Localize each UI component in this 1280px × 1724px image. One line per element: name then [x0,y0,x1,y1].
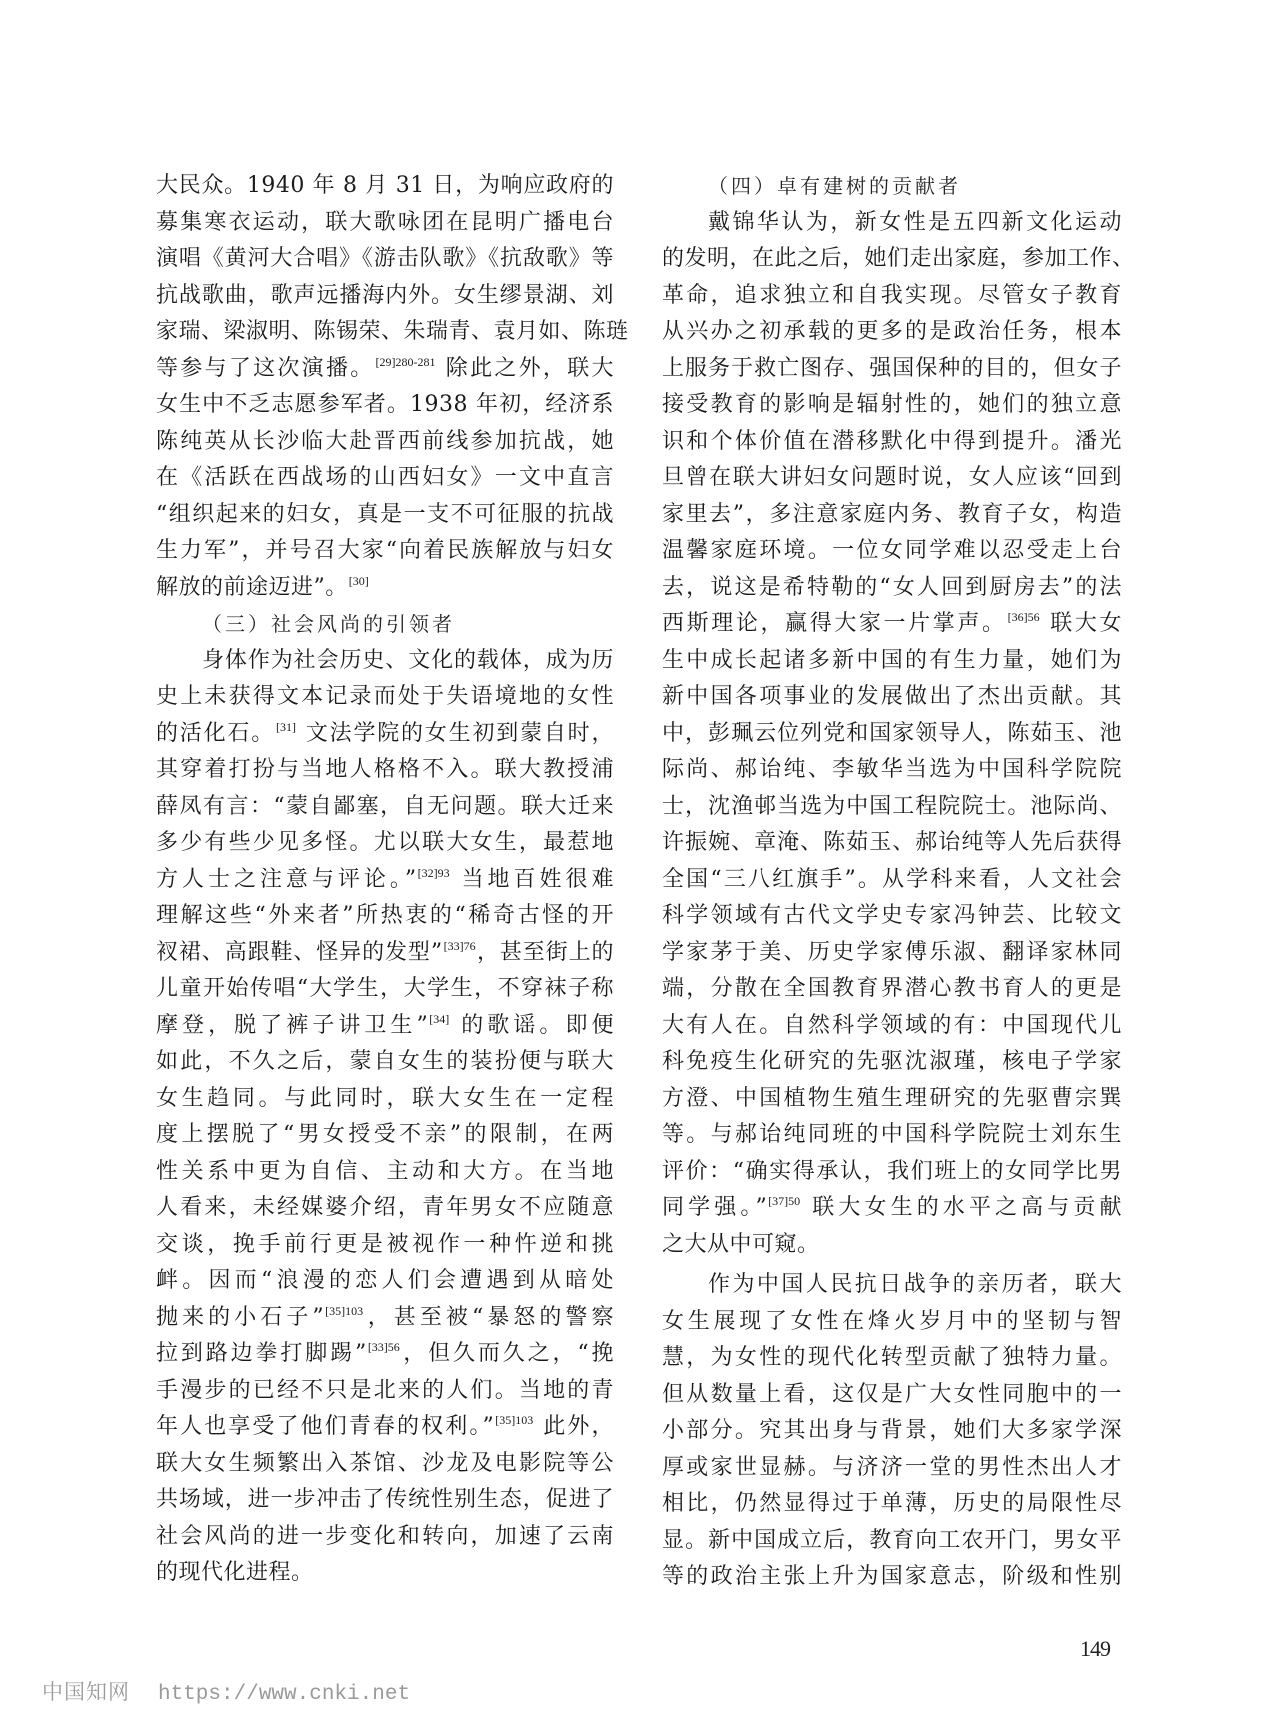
body-line: 女生中不乏志愿参军者。1938 年初，经济系 [156,387,614,424]
body-line: 许振婉、章淹、陈茹玉、郝诒纯等人先后获得 [662,825,1122,862]
watermark-brand: 中国知网 [42,1680,130,1704]
body-line: 中，彭珮云位列党和国家领导人，陈茹玉、池 [662,716,1122,753]
body-line-with-citation: 的活化石。[31] 文法学院的女生初到蒙自时， [156,716,614,753]
text-segment: 文法学院的女生初到蒙自时， [297,721,614,746]
body-line: 从兴办之初承载的更多的是政治任务，根本 [662,314,1122,351]
citation-ref: [33]76 [444,939,476,953]
body-line: 多少有些少见多怪。尤以联大女生，最惹地 [156,825,614,862]
body-line: 慧，为女性的现代化转型贡献了独特力量。 [662,1340,1122,1377]
body-line: 联大女生频繁出入茶馆、沙龙及电影院等公 [156,1446,614,1483]
body-line: 性关系中更为自信、主动和大方。在当地 [156,1154,614,1191]
body-line: 之大从中可窥。 [662,1227,1122,1264]
body-line: 理解这些“外来者”所热衷的“稀奇古怪的开 [156,898,614,935]
body-line-with-citation: 抛来的小石子”[35]103，甚至被“暴怒的警察 [156,1300,614,1337]
text-segment: 拉到路边拳打脚踢” [156,1341,367,1366]
text-segment: 等参与了这次演播。 [156,356,375,381]
citation-ref: [29]280-281 [376,355,436,369]
body-line-with-citation: 方人士之注意与评论。”[32]93 当地百姓很难 [156,862,614,899]
body-line: 度上摆脱了“男女授受不亲”的限制，在两 [156,1117,614,1154]
section-heading: （四）卓有建树的贡献者 [662,168,1122,205]
citation-ref: [31] [276,720,296,734]
body-line: 募集寒衣运动，联大歌咏团在昆明广播电台 [156,205,614,242]
body-line: 生力军”，并号召大家“向着民族解放与妇女 [156,533,614,570]
citation-ref: [34] [429,1012,449,1026]
body-line: 家瑞、梁淑明、陈锡荣、朱瑞青、袁月如、陈琏 [156,314,614,351]
body-line: 但从数量上看，这仅是广大女性同胞中的一 [662,1377,1122,1414]
body-line: 衅。因而“浪漫的恋人们会遭遇到从暗处 [156,1263,614,1300]
section-heading: （三）社会风尚的引领者 [156,606,614,643]
body-line-with-citation: 拉到路边拳打脚踢”[33]56，但久而久之，“挽 [156,1336,614,1373]
watermark-url: https://www.cnki.net [158,1683,410,1706]
body-line: 儿童开始传唱“大学生，大学生，不穿袜子称 [156,971,614,1008]
right-column: （四）卓有建树的贡献者 戴锦华认为，新女性是五四新文化运动 的发明，在此之后，她… [662,168,1122,1596]
body-line-with-citation: 衩裙、高跟鞋、怪异的发型”[33]76，甚至街上的 [156,935,614,972]
text-segment: 解放的前途迈进”。 [156,575,348,600]
citation-ref: [36]56 [1008,610,1040,624]
body-line: 共场域，进一步冲击了传统性别生态，促进了 [156,1482,614,1519]
text-segment: 年人也享受了他们青春的权利。” [156,1414,494,1439]
body-line: 作为中国人民抗日战争的亲历者，联大 [662,1267,1122,1304]
body-line: 相比，仍然显得过于单薄，历史的局限性尽 [662,1486,1122,1523]
body-line: 交谈，挽手前行更是被视作一种忤逆和挑 [156,1227,614,1264]
body-line-with-citation: 西斯理论，赢得大家一片掌声。[36]56 联大女 [662,606,1122,643]
citation-ref: [33]56 [368,1340,400,1354]
text-segment: ，但久而久之，“挽 [401,1341,614,1366]
body-line: 演唱《黄河大合唱》《游击队歌》《抗敌歌》等 [156,241,614,278]
body-line: 去，说这是希特勒的“女人回到厨房去”的法 [662,570,1122,607]
cnki-watermark: 中国知网https://www.cnki.net [42,1676,410,1706]
body-line: 大民众。1940 年 8 月 31 日，为响应政府的 [156,168,614,205]
body-line: 史上未获得文本记录而处于失语境地的女性 [156,679,614,716]
body-line: 等。与郝诒纯同班的中国科学院院士刘东生 [662,1117,1122,1154]
body-line: 等的政治主张上升为国家意志，阶级和性别 [662,1559,1122,1596]
body-line: 科免疫生化研究的先驱沈淑瑾，核电子学家 [662,1044,1122,1081]
body-line: 接受教育的影响是辐射性的，她们的独立意 [662,387,1122,424]
body-line: 评价：“确实得承认，我们班上的女同学比男 [662,1154,1122,1191]
body-line: “组织起来的妇女，真是一支不可征服的抗战 [156,497,614,534]
body-line: 家里去”，多注意家庭内务、教育子女，构造 [662,497,1122,534]
left-column: 大民众。1940 年 8 月 31 日，为响应政府的 募集寒衣运动，联大歌咏团在… [156,168,614,1592]
text-segment: 的活化石。 [156,721,275,746]
body-line: 革命，追求独立和自我实现。尽管女子教育 [662,278,1122,315]
text-segment: 同学强。” [662,1195,767,1220]
body-line: 手漫步的已经不只是北来的人们。当地的青 [156,1373,614,1410]
body-line-with-citation: 年人也享受了他们青春的权利。”[35]103 此外， [156,1409,614,1446]
text-segment: 联大女 [1041,611,1122,636]
text-segment: 衩裙、高跟鞋、怪异的发型” [156,940,443,965]
body-line: 的发明，在此之后，她们走出家庭，参加工作、 [662,241,1122,278]
body-line: 温馨家庭环境。一位女同学难以忍受走上台 [662,533,1122,570]
body-line: 抗战歌曲，歌声远播海内外。女生缪景湖、刘 [156,278,614,315]
body-line: 女生展现了女性在烽火岁月中的坚韧与智 [662,1304,1122,1341]
body-line: 社会风尚的进一步变化和转向，加速了云南 [156,1519,614,1556]
text-segment: 摩登，脱了裤子讲卫生” [156,1013,428,1038]
citation-ref: [32]93 [418,866,450,880]
body-line: 厚或家世显赫。与济济一堂的男性杰出人才 [662,1450,1122,1487]
text-segment: ，甚至被“暴怒的警察 [364,1305,614,1330]
body-line: 大有人在。自然科学领域的有：中国现代儿 [662,1008,1122,1045]
text-segment: 此外， [534,1414,614,1439]
body-line: 身体作为社会历史、文化的载体，成为历 [156,643,614,680]
body-line: 薛凤有言：“蒙自鄙塞，自无问题。联大迁来 [156,789,614,826]
paper-page: 大民众。1940 年 8 月 31 日，为响应政府的 募集寒衣运动，联大歌咏团在… [0,0,1280,1724]
body-line: 端，分散在全国教育界潜心教书育人的更是 [662,971,1122,1008]
body-line: 学家茅于美、历史学家傅乐淑、翻译家林同 [662,935,1122,972]
text-segment: 当地百姓很难 [451,867,614,892]
text-segment: 方人士之注意与评论。” [156,867,417,892]
citation-ref: [35]103 [325,1304,363,1318]
text-segment: 除此之外，联大 [437,356,614,381]
text-segment: 抛来的小石子” [156,1305,324,1330]
body-line-with-citation: 解放的前途迈进”。[30] [156,570,614,607]
body-line: 小部分。究其出身与背景，她们大多家学深 [662,1413,1122,1450]
text-segment: 联大女生的水平之高与贡献 [801,1195,1122,1220]
body-line: 的现代化进程。 [156,1555,614,1592]
body-line: 人看来，未经媒婆介绍，青年男女不应随意 [156,1190,614,1227]
body-line: 如此，不久之后，蒙自女生的装扮便与联大 [156,1044,614,1081]
citation-ref: [35]103 [495,1413,533,1427]
body-line: 方澄、中国植物生殖生理研究的先驱曹宗巽 [662,1081,1122,1118]
body-line-with-citation: 等参与了这次演播。[29]280-281 除此之外，联大 [156,351,614,388]
body-line: 陈纯英从长沙临大赴晋西前线参加抗战，她 [156,424,614,461]
text-segment: ，甚至街上的 [477,940,614,965]
body-line-with-citation: 摩登，脱了裤子讲卫生”[34] 的歌谣。即便 [156,1008,614,1045]
body-line: 士，沈渔邨当选为中国工程院院士。池际尚、 [662,789,1122,826]
body-line-with-citation: 同学强。”[37]50 联大女生的水平之高与贡献 [662,1190,1122,1227]
page-number: 149 [1080,1636,1110,1662]
body-line: 识和个体价值在潜移默化中得到提升。潘光 [662,424,1122,461]
body-line: 显。新中国成立后，教育向工农开门，男女平 [662,1523,1122,1560]
body-line: 其穿着打扮与当地人格格不入。联大教授浦 [156,752,614,789]
body-line: 科学领域有古代文学史专家冯钟芸、比较文 [662,898,1122,935]
body-line: 际尚、郝诒纯、李敏华当选为中国科学院院 [662,752,1122,789]
body-line: 生中成长起诸多新中国的有生力量，她们为 [662,643,1122,680]
body-line: 戴锦华认为，新女性是五四新文化运动 [662,205,1122,242]
body-line: 旦曾在联大讲妇女问题时说，女人应该“回到 [662,460,1122,497]
body-line: 女生趋同。与此同时，联大女生在一定程 [156,1081,614,1118]
text-segment: 西斯理论，赢得大家一片掌声。 [662,611,1007,636]
citation-ref: [37]50 [768,1194,800,1208]
body-line: 上服务于救亡图存、强国保种的目的，但女子 [662,351,1122,388]
body-line: 全国“三八红旗手”。从学科来看，人文社会 [662,862,1122,899]
body-line: 新中国各项事业的发展做出了杰出贡献。其 [662,679,1122,716]
text-segment: 的歌谣。即便 [450,1013,614,1038]
citation-ref: [30] [349,574,369,588]
body-line: 在《活跃在西战场的山西妇女》一文中直言 [156,460,614,497]
